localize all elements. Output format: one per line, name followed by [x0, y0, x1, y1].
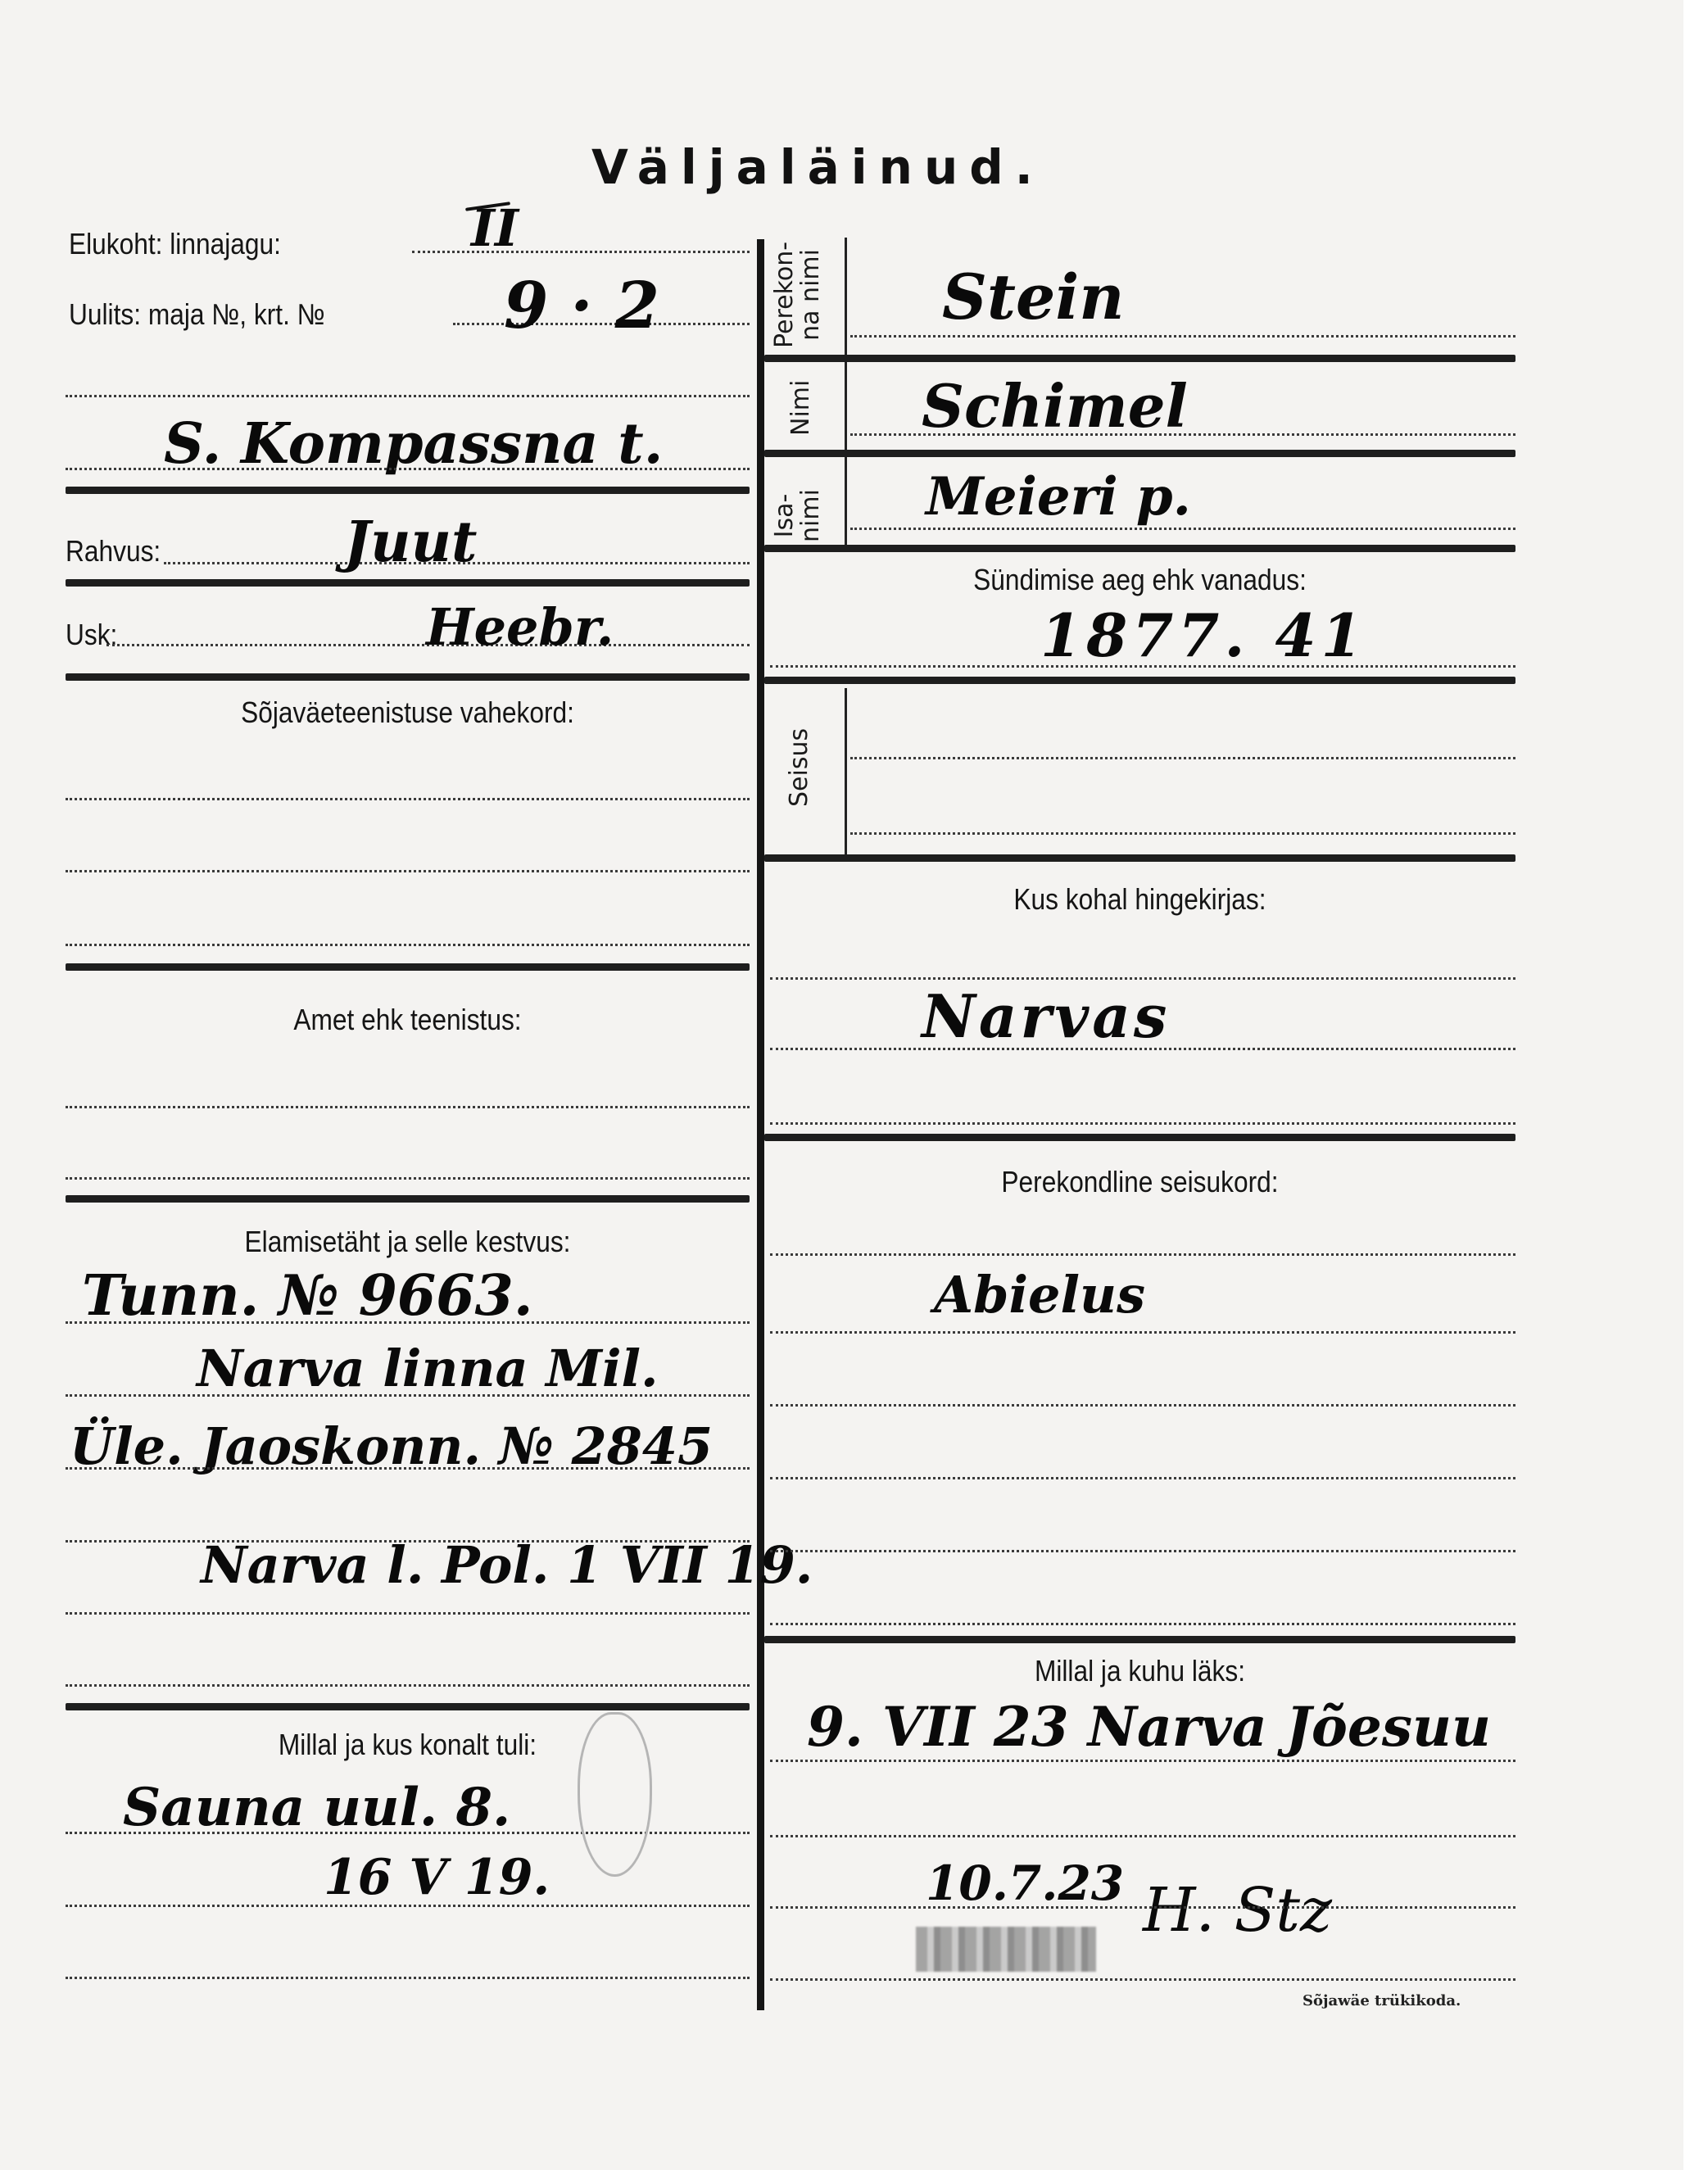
section-rule [764, 854, 1515, 862]
section-rule [66, 579, 750, 587]
millal-laks-value: 9. VII 23 Narva Jõesuu [807, 1700, 1491, 1754]
perekonnanimi-line [850, 335, 1515, 338]
nimi-line [850, 433, 1515, 436]
perekondline-line-5 [770, 1550, 1515, 1552]
section-rule [764, 1636, 1515, 1643]
label-column-separator-seisus [845, 688, 847, 856]
sojavae-line-1 [66, 798, 750, 800]
isanimi-value: Meieri p. [926, 471, 1191, 523]
hingekirjas-value: Narvas [922, 987, 1170, 1046]
perekonnanimi-value: Stein [942, 266, 1124, 328]
sojavae-label: Sõjaväeteenistuse vahekord: [106, 698, 709, 727]
section-rule [66, 487, 750, 494]
isanimi-line [850, 528, 1515, 530]
perekondline-line-3 [770, 1404, 1515, 1407]
signature-date: 10.7.23 [926, 1860, 1124, 1907]
millal-laks-line-1 [770, 1760, 1515, 1762]
perekondline-line-1 [770, 1253, 1515, 1256]
amet-label: Amet ehk teenistus: [106, 1005, 709, 1035]
amet-line-1 [66, 1106, 750, 1108]
street-value: S. Kompassna t. [164, 416, 663, 472]
label-column-separator [845, 238, 847, 549]
perekondline-line-2 [770, 1331, 1515, 1334]
elamisetaht-rule-3 [66, 1467, 750, 1470]
rahvus-label: Rahvus: [66, 537, 161, 566]
section-rule [764, 450, 1515, 457]
hingekirjas-line-3 [770, 1122, 1515, 1125]
elamisetaht-label: Elamisetäht ja selle kestvus: [106, 1227, 709, 1257]
perekondline-label: Perekondline seisukord: [809, 1167, 1470, 1197]
sundimise-label: Sündimise aeg ehk vanadus: [809, 565, 1470, 595]
registration-card: Väljaläinud. Elukoht: linnajagu: II Uuli… [0, 0, 1683, 2170]
perekondline-value: Abielus [934, 1270, 1145, 1321]
millal-laks-label: Millal ja kuhu läks: [809, 1656, 1470, 1686]
seisus-line-2 [850, 832, 1515, 835]
section-rule [66, 1195, 750, 1203]
sundimise-line [770, 665, 1515, 668]
amet-line-2 [66, 1177, 750, 1180]
address-line-2 [66, 468, 750, 470]
millal-laks-line-4 [770, 1978, 1515, 1981]
millal-tuli-rule-3 [66, 1977, 750, 1979]
elamisetaht-rule-2 [66, 1394, 750, 1397]
elukoht-value: II [471, 203, 519, 254]
nimi-value: Schimel [922, 377, 1188, 436]
elamisetaht-line-2: Narva linna Mil. [197, 1343, 659, 1394]
millal-tuli-line-2: 16 V 19. [324, 1853, 550, 1902]
document-title: Väljaläinud. [591, 139, 1044, 195]
millal-laks-line-3 [770, 1906, 1515, 1909]
hingekirjas-label: Kus kohal hingekirjas: [809, 885, 1470, 914]
section-rule [66, 963, 750, 971]
rahvus-value: Juut [344, 514, 477, 570]
nimi-vlabel: Nimi [788, 380, 814, 436]
faded-stamp [916, 1927, 1096, 1972]
millal-laks-line-2 [770, 1835, 1515, 1837]
section-rule [764, 677, 1515, 684]
printer-imprint: Sõjawäe trükikoda. [1303, 1992, 1461, 2009]
elamisetaht-line-1: Tunn. № 9663. [82, 1268, 533, 1324]
address-line-1 [66, 395, 750, 397]
uulits-label: Uulits: maja №, krt. № [69, 300, 325, 329]
elamisetaht-line-4: Narva l. Pol. 1 VII 19. [201, 1540, 813, 1591]
elamisetaht-rule-5 [66, 1612, 750, 1615]
seisus-vlabel: Seisus [786, 728, 813, 807]
hingekirjas-line-1 [770, 977, 1515, 980]
elamisetaht-rule-6 [66, 1684, 750, 1687]
uulits-value: 9 · 2 [504, 274, 659, 338]
perekondline-line-6 [770, 1623, 1515, 1625]
section-rule [66, 673, 750, 681]
signature: H. Stz [1143, 1880, 1332, 1941]
hingekirjas-line-2 [770, 1048, 1515, 1050]
section-rule [764, 1134, 1515, 1141]
elukoht-field-line [412, 251, 750, 253]
section-rule [764, 545, 1515, 552]
perekonnanimi-vlabel: Perekon- na nimi [772, 242, 823, 348]
millal-tuli-line-1: Sauna uul. 8. [123, 1782, 510, 1834]
section-rule [66, 1703, 750, 1710]
pencil-mark [578, 1712, 652, 1877]
millal-tuli-rule-2 [66, 1905, 750, 1907]
elamisetaht-rule-1 [66, 1321, 750, 1324]
sundimise-value: 1877. 41 [1040, 606, 1367, 665]
center-divider [757, 239, 764, 2010]
sojavae-line-2 [66, 870, 750, 872]
seisus-line-1 [850, 757, 1515, 759]
elukoht-label: Elukoht: linnajagu: [69, 229, 281, 259]
perekondline-line-4 [770, 1477, 1515, 1479]
section-rule [764, 355, 1515, 362]
isanimi-vlabel: Isa- nimi [772, 489, 823, 542]
usk-value: Heebr. [426, 602, 614, 653]
elamisetaht-rule-4 [66, 1540, 750, 1543]
elamisetaht-line-3: Üle. Jaoskonn. № 2845 [70, 1421, 713, 1472]
sojavae-line-3 [66, 944, 750, 946]
